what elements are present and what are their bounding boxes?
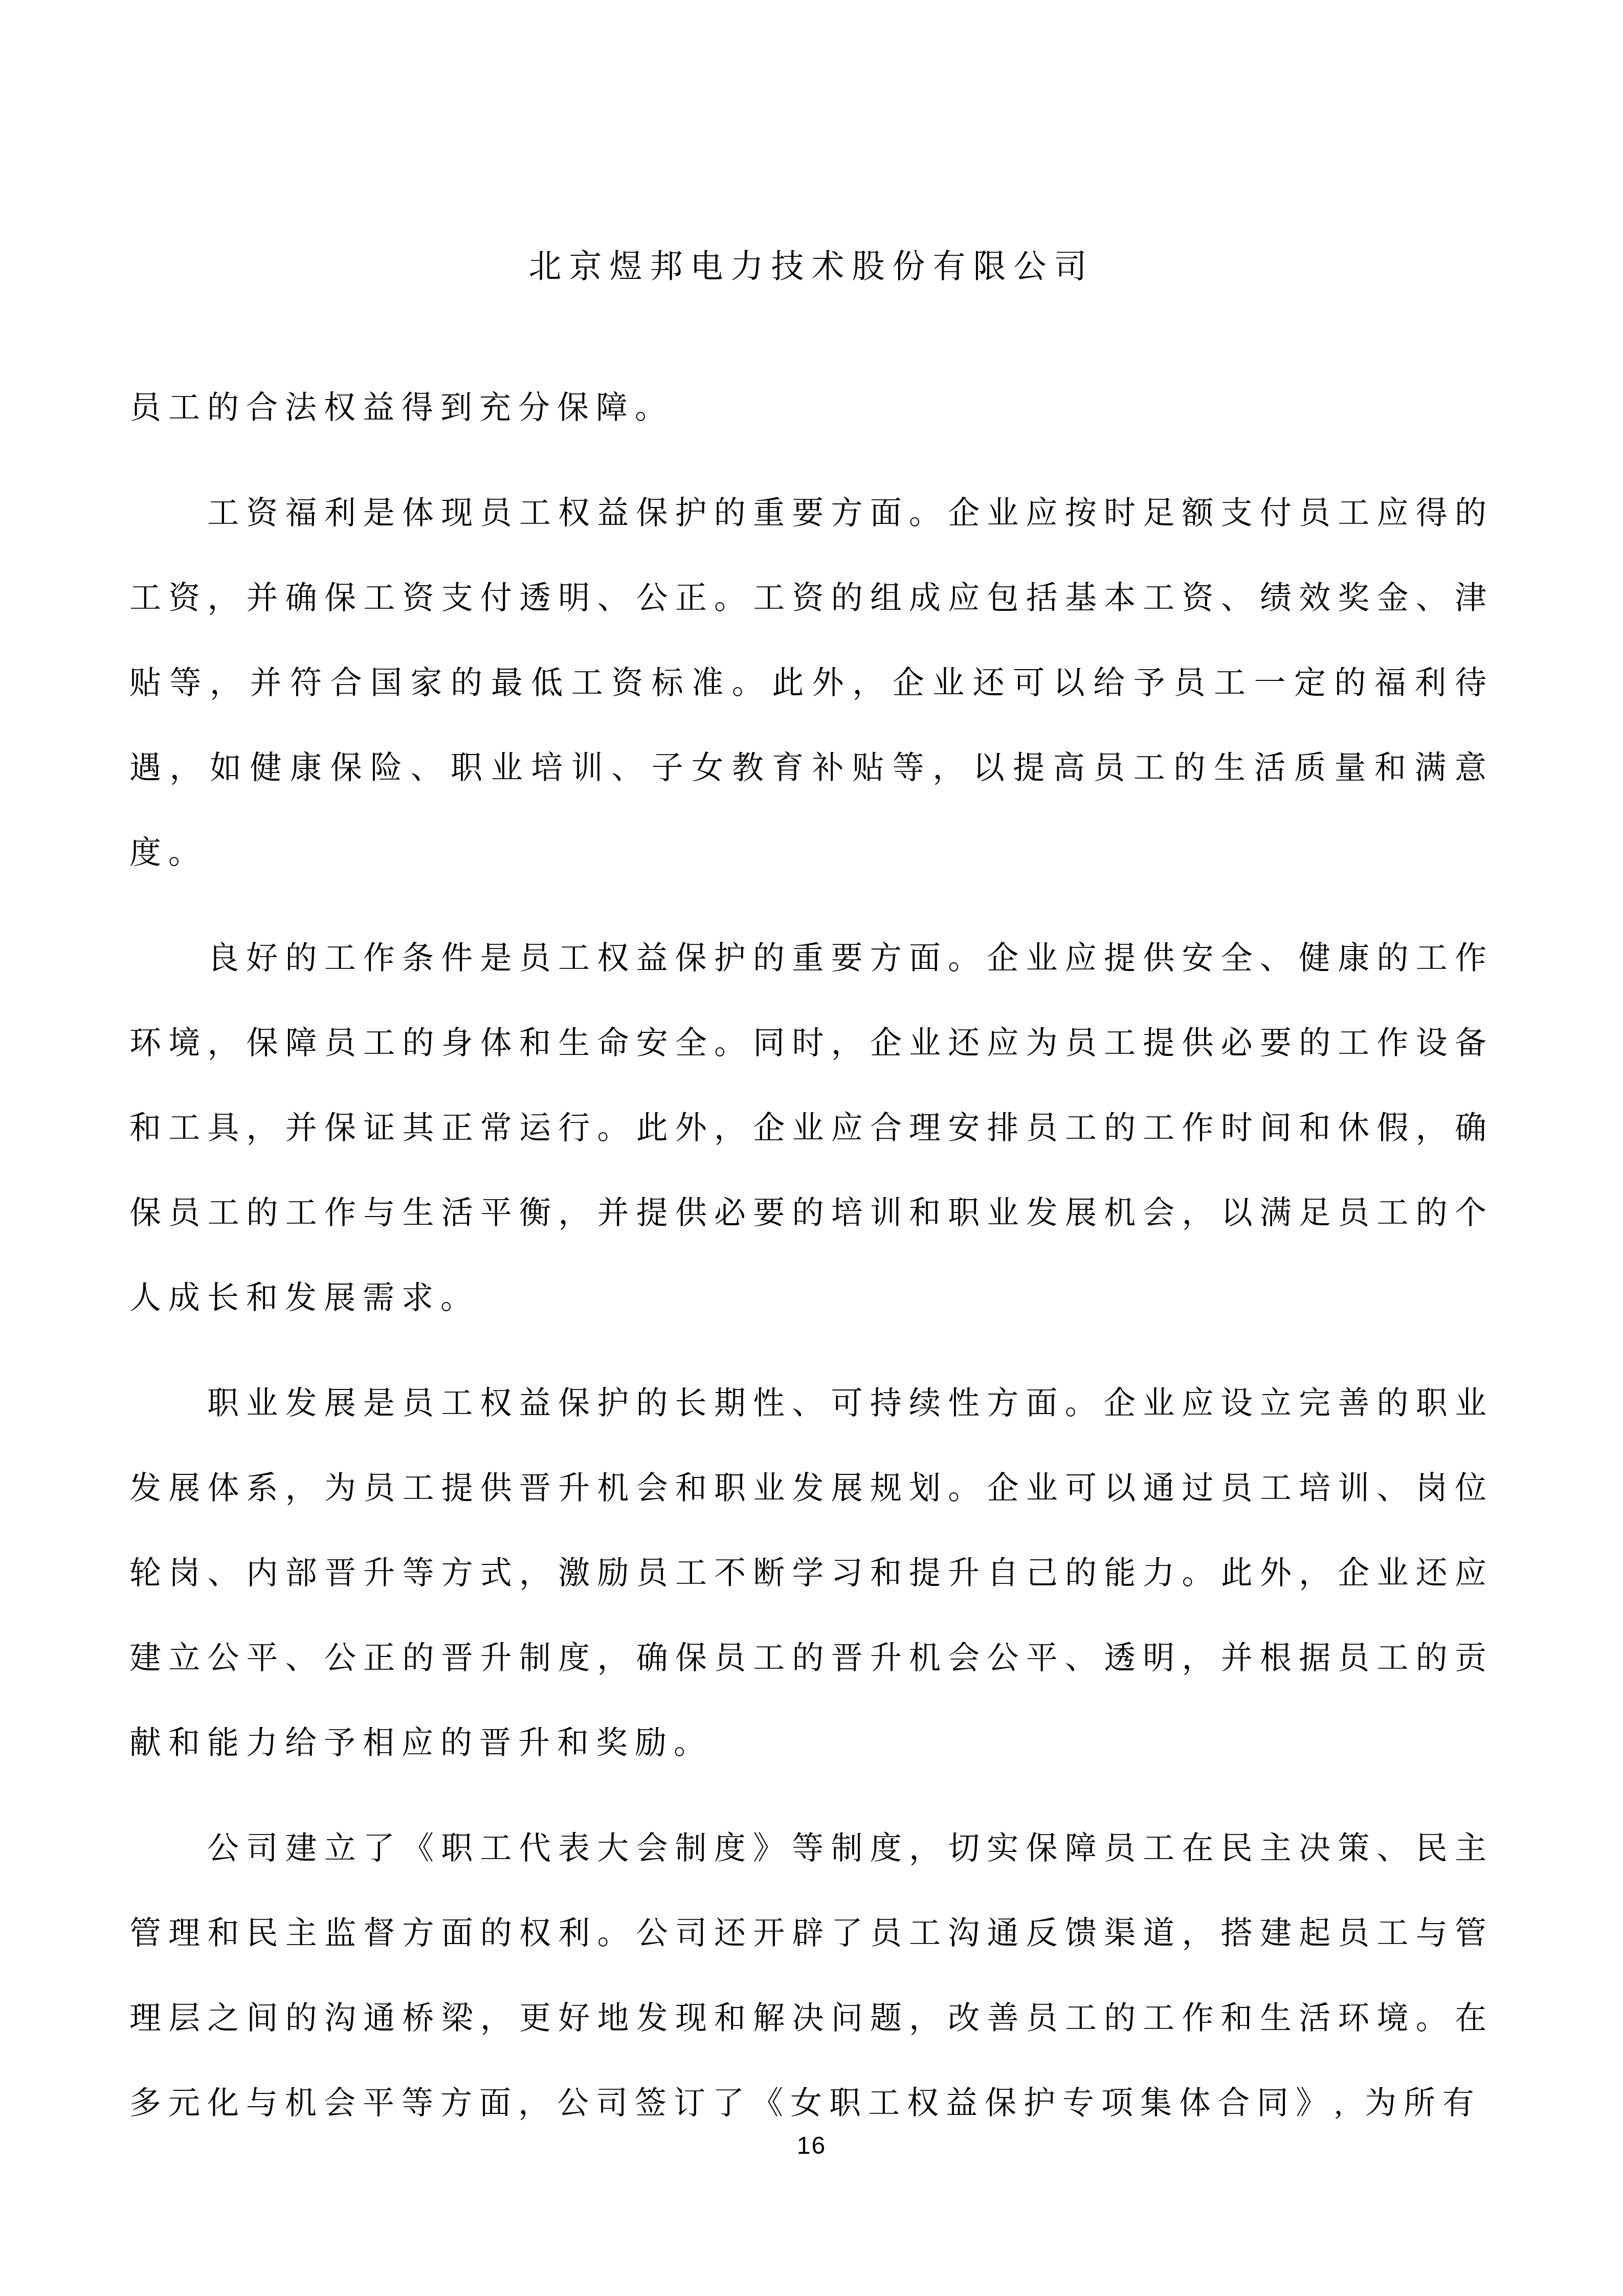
paragraph: 职业发展是员工权益保护的长期性、可持续性方面。企业应设立完善的职业发展体系，为员… [129,1361,1494,1786]
page-number: 16 [0,2131,1623,2161]
paragraph: 员工的合法权益得到充分保障。 [129,366,1494,451]
document-page: 北京煜邦电力技术股份有限公司 员工的合法权益得到充分保障。 工资福利是体现员工权… [0,0,1623,2296]
paragraph: 良好的工作条件是员工权益保护的重要方面。企业应提供安全、健康的工作环境，保障员工… [129,916,1494,1341]
paragraph: 工资福利是体现员工权益保护的重要方面。企业应按时足额支付员工应得的工资，并确保工… [129,471,1494,896]
document-title: 北京煜邦电力技术股份有限公司 [129,244,1494,290]
paragraph: 公司建立了《职工代表大会制度》等制度，切实保障员工在民主决策、民主管理和民主监督… [129,1806,1494,2146]
